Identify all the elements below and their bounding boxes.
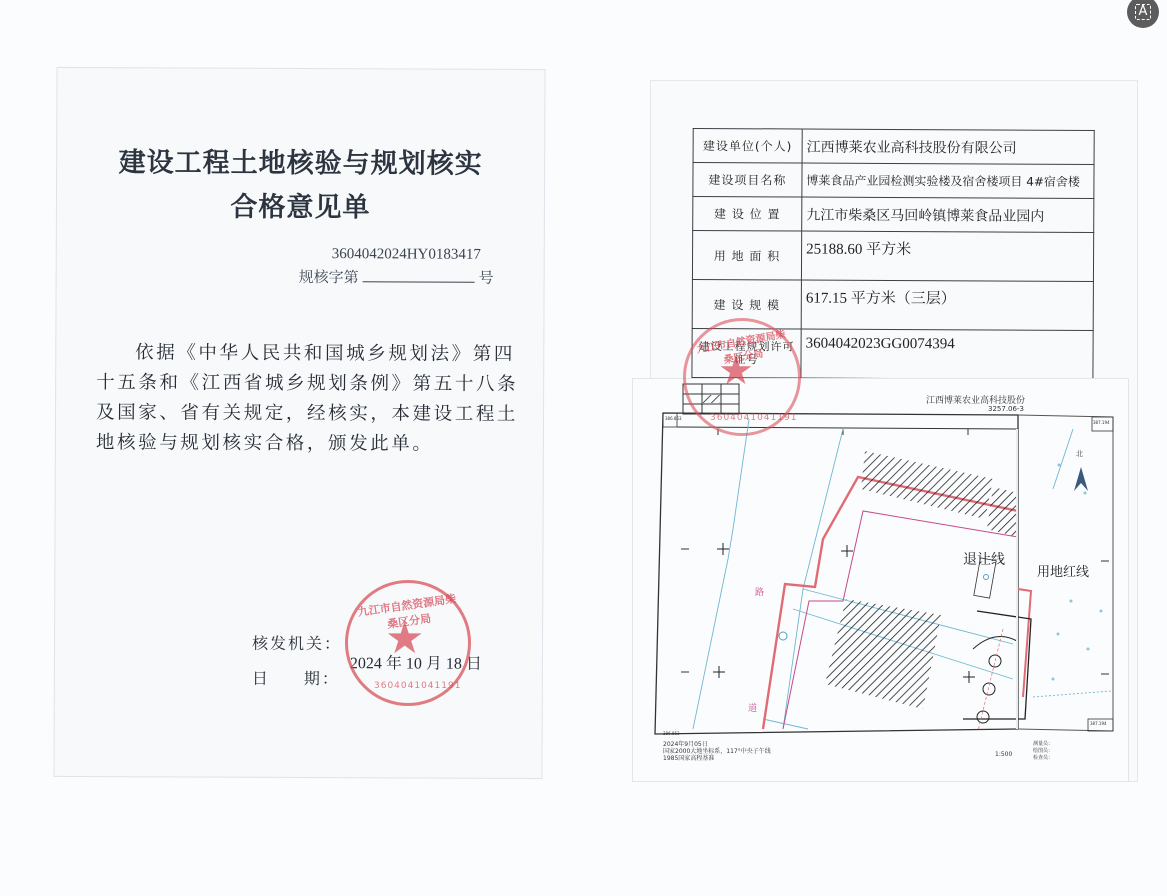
row-value: 九江市柴桑区马回岭镇博莱食品业园内 xyxy=(802,197,1094,233)
table-row: 用 地 面 积 25188.60 平方米 xyxy=(692,230,1093,281)
row-label: 建设单位(个人) xyxy=(693,128,802,163)
row-value: 江西博莱农业高科技股份有限公司 xyxy=(802,129,1094,165)
plan-code: 3257.06-3 xyxy=(988,405,1024,413)
number-blank xyxy=(363,269,475,282)
text-recognition-icon: A xyxy=(1135,4,1152,20)
date-label-b: 期： xyxy=(304,669,340,688)
signer-line: 测量员： xyxy=(1033,741,1053,748)
date-label: 日期： xyxy=(252,666,340,689)
footnote-line: 2024年9月05日 xyxy=(663,741,771,748)
star-icon: ★ xyxy=(718,351,754,391)
table-row: 建设单位(个人) 江西博莱农业高科技股份有限公司 xyxy=(693,128,1094,164)
signer-line: 检查员： xyxy=(1033,755,1053,762)
row-label: 建 设 位 置 xyxy=(693,196,802,231)
footnote-line: 国家2000大地坐标系，117°中央子午线 xyxy=(663,748,771,755)
north-label: 北 xyxy=(1076,449,1083,459)
seal-code: 3604041041191 xyxy=(710,413,797,423)
corner-coordinate: 386.853 xyxy=(663,731,680,736)
certificate-page: 建设工程土地核验与规划核实 合格意见单 3604042024HY0183417 … xyxy=(53,67,545,779)
corner-coordinate: 386.853 xyxy=(665,416,682,421)
issuer-label: 核发机关： xyxy=(252,631,342,654)
certificate-title: 建设工程土地核验与规划核实 xyxy=(57,140,544,181)
corner-coordinate: 387.194 xyxy=(1090,721,1107,726)
site-plan-drawing: 江西博莱农业高科技股份 3257.06-3 北 386.853 387.194 … xyxy=(632,378,1129,782)
road-label: 路 xyxy=(755,585,764,598)
doc-suffix: 号 xyxy=(479,269,494,287)
plan-footnote: 2024年9月05日 国家2000大地坐标系，117°中央子午线 1985国家高… xyxy=(663,741,771,762)
row-value: 3604042023GG0074394 xyxy=(801,329,1093,380)
ocr-button[interactable]: A xyxy=(1127,0,1159,28)
setback-line-label: 退让线 xyxy=(963,549,1005,569)
document-number-line: 规核字第号 xyxy=(299,266,494,288)
official-seal-partial: 九江市自然资源局柴桑区分局 ★ 3604041041191 xyxy=(683,318,801,436)
star-icon: ★ xyxy=(385,617,424,661)
date-label-a: 日 xyxy=(252,669,270,688)
row-value: 25188.60 平方米 xyxy=(801,231,1093,282)
row-label: 用 地 面 积 xyxy=(692,230,801,280)
document-number: 3604042024HY0183417 xyxy=(332,246,481,264)
table-row: 建设项目名称 博莱食品产业园检测实验楼及宿舍楼项目 4#宿舍楼 xyxy=(693,162,1094,198)
footnote-line: 1985国家高程基准 xyxy=(663,755,771,762)
doc-prefix: 规核字第 xyxy=(299,268,359,286)
certificate-subtitle: 合格意见单 xyxy=(57,184,544,225)
plan-scale: 1:500 xyxy=(995,751,1012,758)
corner-coordinate: 387.194 xyxy=(1093,420,1110,425)
land-redline-label: 用地红线 xyxy=(1037,561,1089,580)
site-plan-graphic xyxy=(633,379,1128,781)
official-seal: 九江市自然资源局柴桑区分局 ★ 3604041041191 xyxy=(345,580,471,706)
row-value: 617.15 平方米（三层） xyxy=(801,280,1093,331)
table-row: 建 设 位 置 九江市柴桑区马回岭镇博莱食品业园内 xyxy=(693,196,1094,232)
signer-line: 绘图员： xyxy=(1033,748,1053,755)
certificate-body: 依据《中华人民共和国城乡规划法》第四十五条和《江西省城乡规划条例》第五十八条及国… xyxy=(96,338,527,460)
seal-code: 3604041041191 xyxy=(374,681,461,691)
road-label: 道 xyxy=(748,701,757,714)
row-value: 博莱食品产业园检测实验楼及宿舍楼项目 4#宿舍楼 xyxy=(802,163,1094,199)
plan-signers: 测量员： 绘图员： 检查员： xyxy=(1033,741,1053,762)
row-label: 建设项目名称 xyxy=(693,162,802,197)
